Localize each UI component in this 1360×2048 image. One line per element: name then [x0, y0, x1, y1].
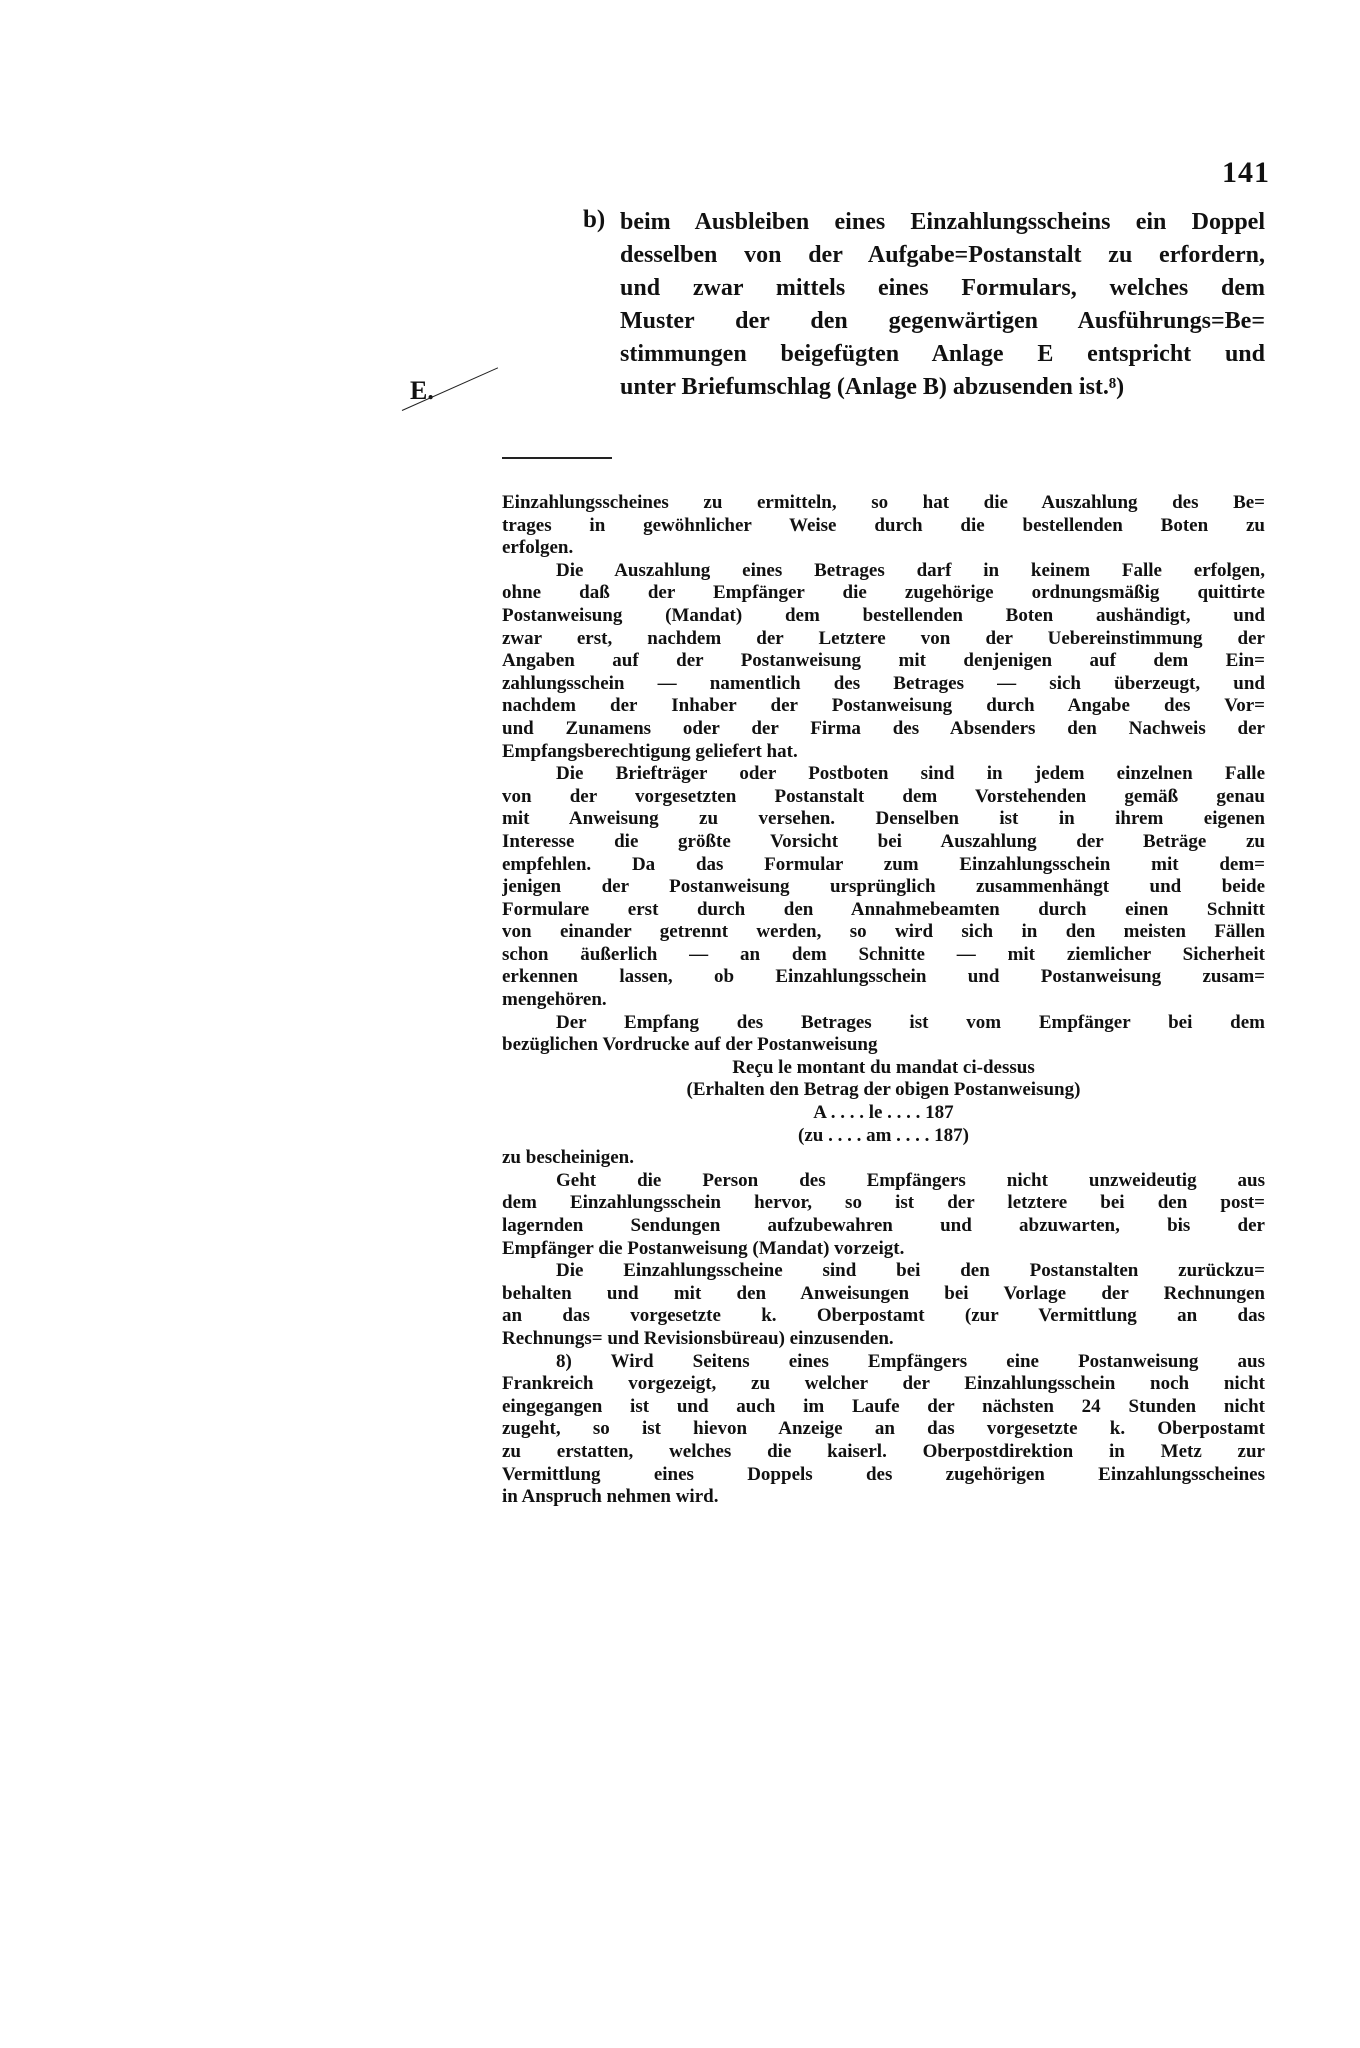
footnote-line: behalten und mit den Anweisungen bei Vor… — [502, 1283, 1265, 1306]
footnote-line: ohne daß der Empfänger die zugehörige or… — [502, 582, 1265, 605]
footnote-line: Rechnungs= und Revisionsbüreau) einzusen… — [502, 1328, 1265, 1351]
footnote-line: Angaben auf der Postanweisung mit denjen… — [502, 650, 1265, 673]
footnote-line: Die Briefträger oder Postboten sind in j… — [502, 763, 1265, 786]
text-line: und zwar mittels eines Formulars, welche… — [620, 272, 1265, 305]
footnote-line: lagernden Sendungen aufzubewahren und ab… — [502, 1215, 1265, 1238]
footnote-line: Die Einzahlungsscheine sind bei den Post… — [502, 1260, 1265, 1283]
footnote-line: Empfänger die Postanweisung (Mandat) vor… — [502, 1238, 1265, 1261]
footnote-line: Formulare erst durch den Annahmebeamten … — [502, 899, 1265, 922]
footnote-line: zu bescheinigen. — [502, 1147, 1265, 1170]
footnote-line: dem Einzahlungsschein hervor, so ist der… — [502, 1192, 1265, 1215]
item-marker: b) — [583, 206, 605, 234]
footnote-line: zwar erst, nachdem der Letztere von der … — [502, 628, 1265, 651]
footnote-line: Die Auszahlung eines Betrages darf in ke… — [502, 560, 1265, 583]
footnote-line: (Erhalten den Betrag der obigen Postanwe… — [502, 1079, 1265, 1102]
footnote-line: erkennen lassen, ob Einzahlungsschein un… — [502, 966, 1265, 989]
footnote-line: Einzahlungsscheines zu ermitteln, so hat… — [502, 492, 1265, 515]
footnote-line: empfehlen. Da das Formular zum Einzahlun… — [502, 854, 1265, 877]
footnote-line: zugeht, so ist hievon Anzeige an das vor… — [502, 1418, 1265, 1441]
footnote-line: jenigen der Postanweisung ursprünglich z… — [502, 876, 1265, 899]
text-line: desselben von der Aufgabe=Postanstalt zu… — [620, 239, 1265, 272]
page-number: 141 — [1222, 156, 1270, 190]
footnote-line: von der vorgesetzten Postanstalt dem Vor… — [502, 786, 1265, 809]
footnote-line: mit Anweisung zu versehen. Denselben ist… — [502, 808, 1265, 831]
text-line: beim Ausbleiben eines Einzahlungsscheins… — [620, 206, 1265, 239]
footnote-line: Postanweisung (Mandat) dem bestellenden … — [502, 605, 1265, 628]
footnote-line: und Zunamens oder der Firma des Absender… — [502, 718, 1265, 741]
footnote-line: mengehören. — [502, 989, 1265, 1012]
footnote-line: A . . . . le . . . . 187 — [502, 1102, 1265, 1125]
footnote-line: in Anspruch nehmen wird. — [502, 1486, 1265, 1509]
footnote-line: erfolgen. — [502, 537, 1265, 560]
footnote-line: Interesse die größte Vorsicht bei Auszah… — [502, 831, 1265, 854]
footnote-line: Reçu le montant du mandat ci-dessus — [502, 1057, 1265, 1080]
footnote-line: schon äußerlich — an dem Schnitte — mit … — [502, 944, 1265, 967]
footnote-line: bezüglichen Vordrucke auf der Postanweis… — [502, 1034, 1265, 1057]
footnote-line: trages in gewöhnlicher Weise durch die b… — [502, 515, 1265, 538]
footnote-line: Vermittlung eines Doppels des zugehörige… — [502, 1464, 1265, 1487]
footnote-line: Empfangsberechtigung geliefert hat. — [502, 741, 1265, 764]
item-body: beim Ausbleiben eines Einzahlungsscheins… — [620, 206, 1265, 404]
text-line: Muster der den gegenwärtigen Ausführungs… — [620, 305, 1265, 338]
footnote-separator — [502, 457, 612, 459]
footnote-line: Geht die Person des Empfängers nicht unz… — [502, 1170, 1265, 1193]
text-line: unter Briefumschlag (Anlage B) abzusende… — [620, 371, 1265, 404]
footnote-line: an das vorgesetzte k. Oberpostamt (zur V… — [502, 1305, 1265, 1328]
footnote-line: von einander getrennt werden, so wird si… — [502, 921, 1265, 944]
footnote-line: 8) Wird Seitens eines Empfängers eine Po… — [502, 1351, 1265, 1374]
footnote-line: nachdem der Inhaber der Postanweisung du… — [502, 695, 1265, 718]
footnote-line: (zu . . . . am . . . . 187) — [502, 1125, 1265, 1148]
footnote-line: Frankreich vorgezeigt, zu welcher der Ei… — [502, 1373, 1265, 1396]
footnote-line: Der Empfang des Betrages ist vom Empfäng… — [502, 1012, 1265, 1035]
footnote-line: zu erstatten, welches die kaiserl. Oberp… — [502, 1441, 1265, 1464]
footnote-line: zahlungsschein — namentlich des Betrages… — [502, 673, 1265, 696]
text-line: stimmungen beigefügten Anlage E entspric… — [620, 338, 1265, 371]
footnote-block: Einzahlungsscheines zu ermitteln, so hat… — [502, 492, 1265, 1509]
footnote-line: eingegangen ist und auch im Laufe der nä… — [502, 1396, 1265, 1419]
